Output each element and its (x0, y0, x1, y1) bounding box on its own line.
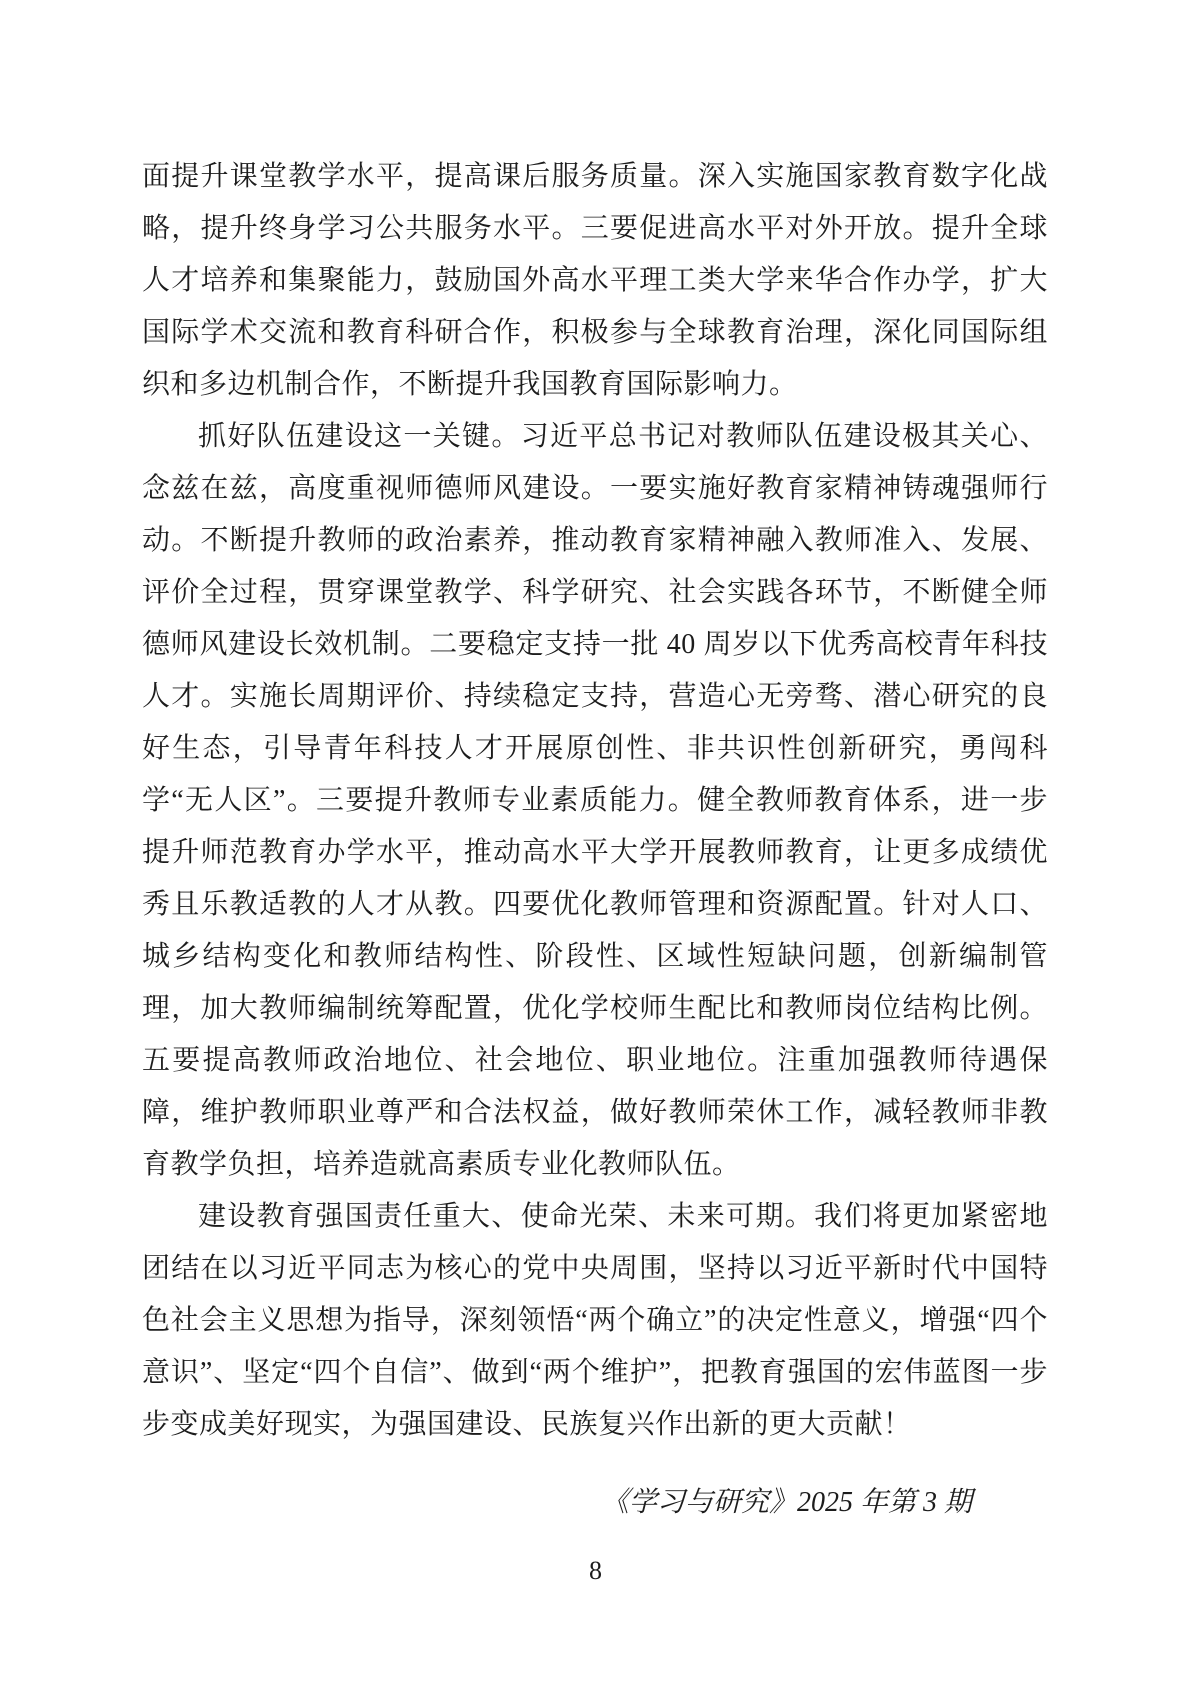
source-attribution: 《学习与研究》2025 年第 3 期 (142, 1477, 1048, 1529)
body-paragraph-continuation: 面提升课堂教学水平，提高课后服务质量。深入实施国家教育数字化战略，提升终身学习公… (142, 151, 1048, 411)
body-paragraph-conclusion: 建设教育强国责任重大、使命光荣、未来可期。我们将更加紧密地团结在以习近平同志为核… (142, 1191, 1048, 1451)
document-body: 面提升课堂教学水平，提高课后服务质量。深入实施国家教育数字化战略，提升终身学习公… (142, 151, 1048, 1529)
document-page: 面提升课堂教学水平，提高课后服务质量。深入实施国家教育数字化战略，提升终身学习公… (0, 0, 1191, 1684)
page-number: 8 (0, 1556, 1191, 1586)
body-paragraph-teacher-team: 抓好队伍建设这一关键。习近平总书记对教师队伍建设极其关心、念兹在兹，高度重视师德… (142, 411, 1048, 1191)
